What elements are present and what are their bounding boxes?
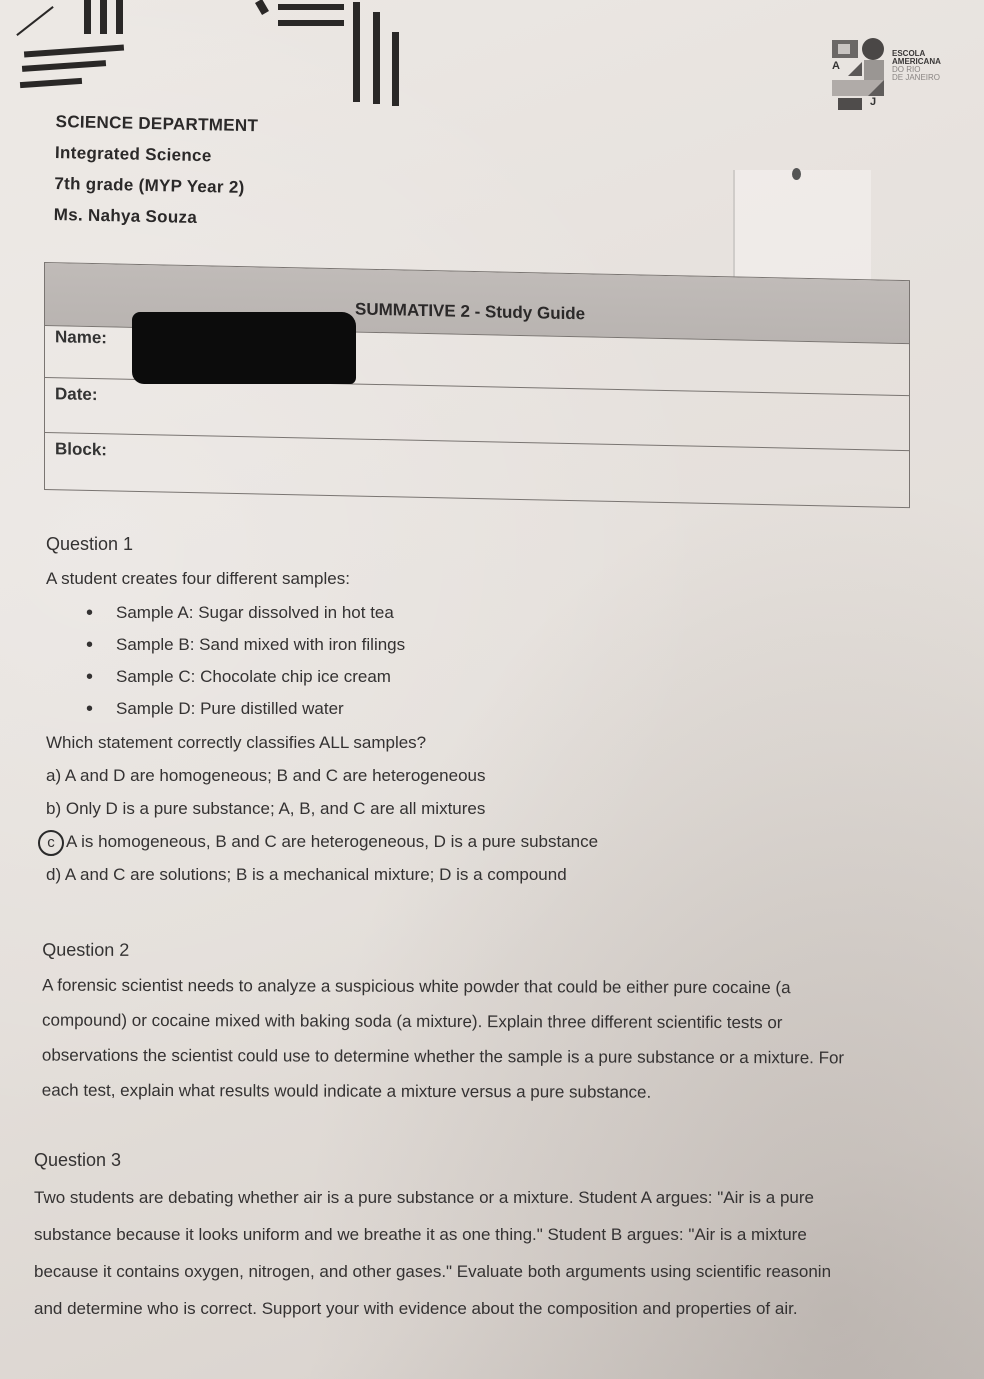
question-3-line: because it contains oxygen, nitrogen, an… xyxy=(34,1253,831,1290)
student-info-form: SUMMATIVE 2 - Study Guide Name: Date: Bl… xyxy=(44,262,910,508)
grade-level: 7th grade (MYP Year 2) xyxy=(54,168,257,203)
name-label: Name: xyxy=(55,327,107,348)
question-2-line: A forensic scientist needs to analyze a … xyxy=(42,968,844,1006)
question-3-line: Two students are debating whether air is… xyxy=(34,1179,831,1216)
question-1-stem: Which statement correctly classifies ALL… xyxy=(46,727,598,759)
option-c-circled[interactable]: cA is homogeneous, B and C are heterogen… xyxy=(38,825,598,858)
option-a[interactable]: a) A and D are homogeneous; B and C are … xyxy=(46,759,598,792)
logo-letter-j: J xyxy=(870,96,876,108)
course-name: Integrated Science xyxy=(55,137,258,172)
question-3-line: substance because it looks uniform and w… xyxy=(34,1216,831,1253)
sample-item: Sample B: Sand mixed with iron filings xyxy=(86,629,598,661)
sample-item: Sample D: Pure distilled water xyxy=(86,693,598,725)
question-1-title: Question 1 xyxy=(46,534,598,555)
question-2: Question 2 A forensic scientist needs to… xyxy=(42,933,845,1111)
redacted-name xyxy=(132,312,356,384)
ink-mark xyxy=(792,168,801,180)
department-name: SCIENCE DEPARTMENT xyxy=(55,106,258,141)
sticky-note xyxy=(733,170,871,282)
block-label: Block: xyxy=(55,439,107,460)
sample-item: Sample C: Chocolate chip ice cream xyxy=(86,661,598,693)
teacher-name: Ms. Nahya Souza xyxy=(53,199,256,234)
sample-item: Sample A: Sugar dissolved in hot tea xyxy=(86,597,598,629)
school-name: ESCOLA AMERICANA DO RIO DE JANEIRO xyxy=(892,50,941,82)
circled-answer-mark: c xyxy=(38,830,64,856)
form-title: SUMMATIVE 2 - Study Guide xyxy=(355,300,585,325)
question-1-prompt: A student creates four different samples… xyxy=(46,569,598,589)
school-logo: A J xyxy=(828,38,888,112)
logo-letter-a: A xyxy=(832,60,848,78)
option-b[interactable]: b) Only D is a pure substance; A, B, and… xyxy=(46,792,598,825)
question-3-line: and determine who is correct. Support yo… xyxy=(34,1290,831,1327)
question-3-title: Question 3 xyxy=(34,1142,831,1179)
question-1: Question 1 A student creates four differ… xyxy=(46,534,598,891)
document-header: SCIENCE DEPARTMENT Integrated Science 7t… xyxy=(53,106,258,234)
question-2-line: compound) or cocaine mixed with baking s… xyxy=(42,1003,844,1041)
answer-options: a) A and D are homogeneous; B and C are … xyxy=(46,759,598,891)
sample-list: Sample A: Sugar dissolved in hot tea Sam… xyxy=(86,597,598,725)
option-d[interactable]: d) A and C are solutions; B is a mechani… xyxy=(46,858,598,891)
date-label: Date: xyxy=(55,384,98,405)
question-2-line: observations the scientist could use to … xyxy=(42,1038,844,1076)
question-2-line: each test, explain what results would in… xyxy=(42,1073,844,1111)
question-3: Question 3 Two students are debating whe… xyxy=(34,1142,831,1327)
question-2-title: Question 2 xyxy=(42,933,844,971)
